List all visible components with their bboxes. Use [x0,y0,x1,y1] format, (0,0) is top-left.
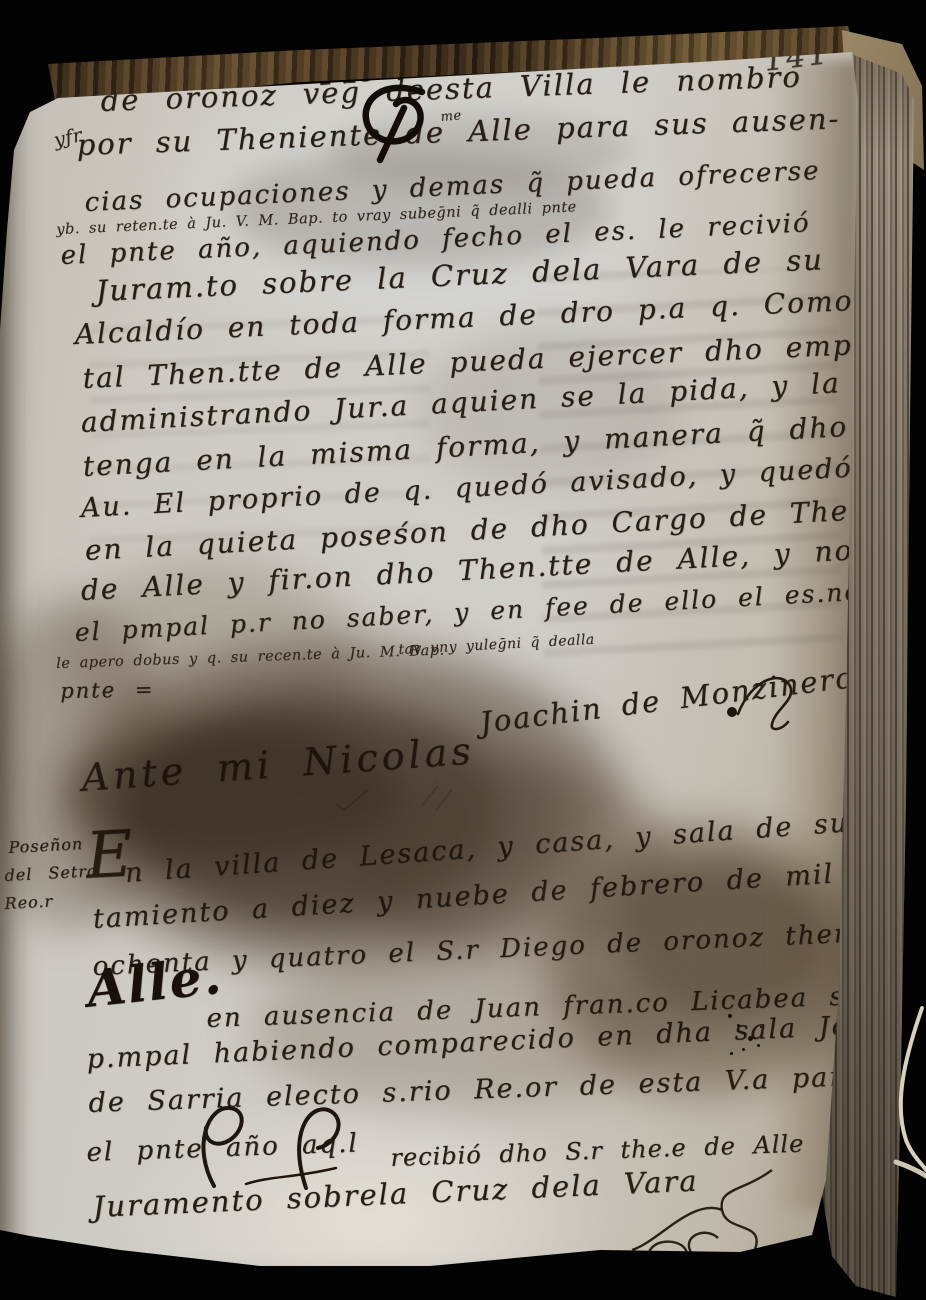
book-photo: 141 No de oronoz veḡ deesta Villa le nom… [0,0,926,1300]
loose-thread [880,1000,926,1200]
interline-note: le apero dobus y q. su recen.te à Ju. M.… [56,642,445,672]
ink-dot [757,1044,760,1047]
attestation-line: Ante mi Nicolas [80,729,476,800]
alcalde-abbreviation-large: Alle. [84,946,225,1019]
manuscript-page: 141 No de oronoz veḡ deesta Villa le nom… [0,0,926,1300]
signature-rubric-flourish [724,668,800,734]
check-mark-stroke [334,788,374,814]
large-letter-flourish [186,1098,356,1190]
signature-joachin: Joachin de Monzineros [478,658,873,740]
double-slash-stroke [420,782,460,812]
margin-note-line: Reo.r [4,891,54,913]
notary-rubric-flourish [622,1158,792,1288]
handwriting-line: Juramento sobrela Cruz dela Vara [92,1164,699,1224]
ink-dot [742,1048,745,1051]
ink-dot [760,1026,762,1028]
ink-dot [730,1052,733,1055]
ink-flourish [352,86,452,166]
margin-note-line: Poseñon [8,834,84,857]
ink-dot [748,1036,753,1041]
ink-dot [728,1014,732,1018]
ink-dot [737,1024,740,1027]
margin-note-line: del Setro [4,861,98,885]
handwriting-line: pnte = [60,677,155,703]
